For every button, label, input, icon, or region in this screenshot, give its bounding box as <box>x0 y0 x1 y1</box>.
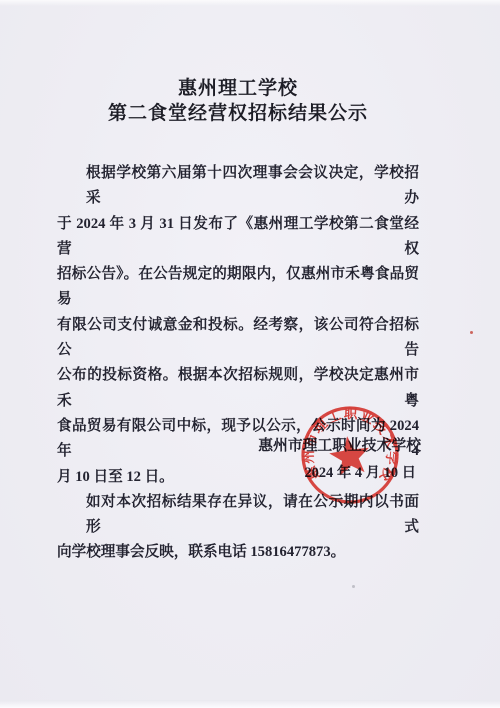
scan-artifact-grey-dot <box>352 585 355 588</box>
scan-artifact-red-dot <box>470 331 473 334</box>
scan-artifact-grey-dot <box>187 507 189 509</box>
body-line: 有限公司支付诚意金和投标。经考察，该公司符合招标公告 <box>57 313 419 364</box>
body-line: 招标公告》。在公告规定的期限内，仅惠州市禾粤食品贸易 <box>57 262 419 313</box>
scan-edge-bottom <box>0 700 500 708</box>
doc-title-line2: 第二食堂经营权招标结果公示 <box>57 102 419 127</box>
body-line: 于 2024 年 3 月 31 日发布了《惠州理工学校第二食堂经营权 <box>57 212 419 263</box>
document-sheet: 惠州理工学校 第二食堂经营权招标结果公示 根据学校第六届第十四次理事会会议决定，… <box>0 0 500 708</box>
doc-title: 惠州理工学校 第二食堂经营权招标结果公示 <box>57 77 419 126</box>
scan-edge-top <box>0 0 500 6</box>
seal-star <box>327 433 372 476</box>
doc-title-line1: 惠州理工学校 <box>57 77 419 102</box>
body-line: 根据学校第六届第十四次理事会会议决定，学校招采办 <box>57 161 419 212</box>
official-seal: 惠州市理工职业技术学校 <box>290 395 410 515</box>
body-line: 向学校理事会反映，联系电话 15816477873。 <box>57 540 419 565</box>
